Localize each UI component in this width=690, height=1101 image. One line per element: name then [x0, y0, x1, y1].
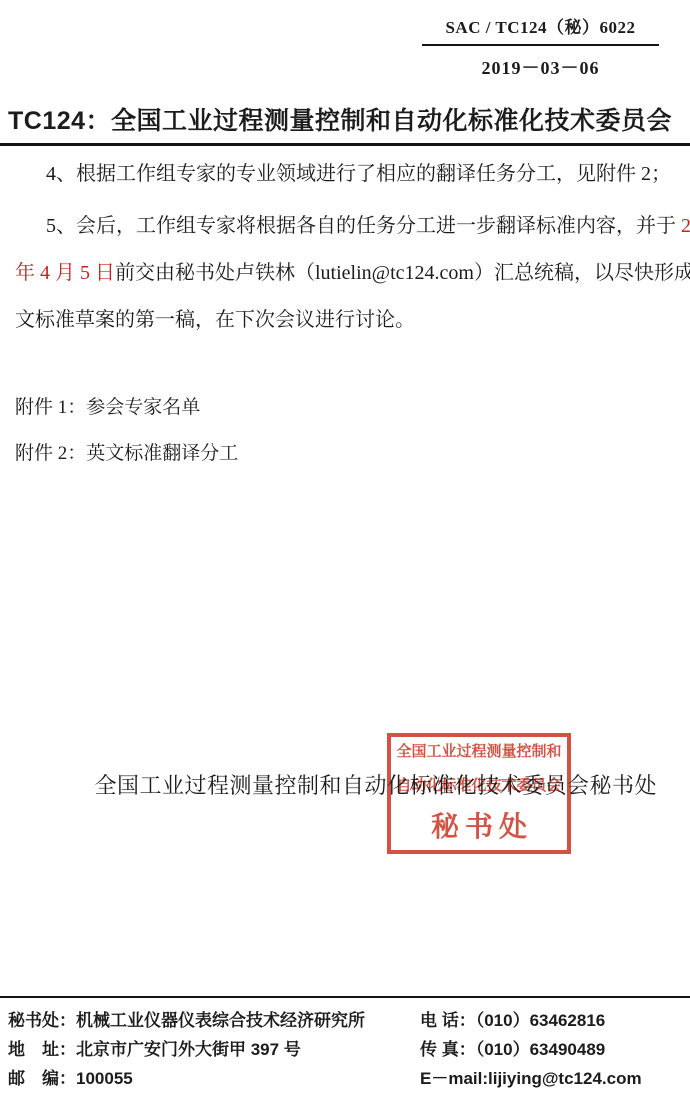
footer-secretariat: 秘书处：机械工业仪器仪表综合技术经济研究所 — [8, 1006, 420, 1035]
doc-date: 2019－03－06 — [418, 46, 663, 80]
footer-email: E－mail:lijiying@tc124.com — [420, 1064, 686, 1093]
attachment-1: 附件 1：参会专家名单 — [15, 385, 238, 431]
item5-line2-text: 前交由秘书处卢铁林（lutielin@tc124.com）汇总统稿，以尽快形成中 — [115, 262, 690, 284]
footer-fax: 传 真：（010）63490489 — [420, 1035, 686, 1064]
footer-right-column: 电 话：（010）63462816 传 真：（010）63490489 E－ma… — [420, 1006, 686, 1093]
document-page: SAC / TC124（秘）6022 2019－03－06 TC124：全国工业… — [0, 0, 690, 1101]
paragraph-item5-line2: 年 4 月 5 日前交由秘书处卢铁林（lutielin@tc124.com）汇总… — [15, 250, 678, 297]
committee-title: TC124：全国工业过程测量控制和自动化标准化技术委员会 — [8, 101, 682, 137]
item5-line2-red-date: 年 4 月 5 日 — [15, 262, 115, 284]
paragraph-item4: 4、根据工作组专家的专业领域进行了相应的翻译任务分工，见附件 2； — [15, 151, 678, 198]
footer-divider — [0, 996, 690, 998]
stamp-line3: 秘书处 — [425, 809, 533, 845]
footer-left-column: 秘书处：机械工业仪器仪表综合技术经济研究所 地 址：北京市广安门外大街甲 397… — [8, 1006, 420, 1093]
item5-line1-text: 5、会后，工作组专家将根据各自的任务分工进一步翻译标准内容，并于 — [46, 215, 681, 237]
doc-number: SAC / TC124（秘）6022 — [418, 13, 663, 44]
item5-line1-red-date: 2019 — [681, 215, 690, 237]
title-divider — [0, 143, 690, 146]
footer-address: 地 址：北京市广安门外大街甲 397 号 — [8, 1035, 420, 1064]
body-text: 4、根据工作组专家的专业领域进行了相应的翻译任务分工，见附件 2； 5、会后，工… — [15, 151, 678, 344]
footer-postcode: 邮 编：100055 — [8, 1064, 420, 1093]
doc-number-block: SAC / TC124（秘）6022 2019－03－06 — [418, 13, 663, 80]
signature-secretariat: 全国工业过程测量控制和自动化标准化技术委员会秘书处 — [0, 769, 657, 800]
paragraph-item5-line1: 5、会后，工作组专家将根据各自的任务分工进一步翻译标准内容，并于 2019 — [15, 203, 678, 250]
footer-phone: 电 话：（010）63462816 — [420, 1006, 686, 1035]
stamp-line1: 全国工业过程测量控制和 — [396, 741, 561, 762]
attachments-list: 附件 1：参会专家名单 附件 2：英文标准翻译分工 — [15, 385, 238, 477]
paragraph-item5-line3: 文标准草案的第一稿，在下次会议进行讨论。 — [15, 297, 678, 344]
footer: 秘书处：机械工业仪器仪表综合技术经济研究所 地 址：北京市广安门外大街甲 397… — [8, 1006, 686, 1093]
attachment-2: 附件 2：英文标准翻译分工 — [15, 431, 238, 477]
